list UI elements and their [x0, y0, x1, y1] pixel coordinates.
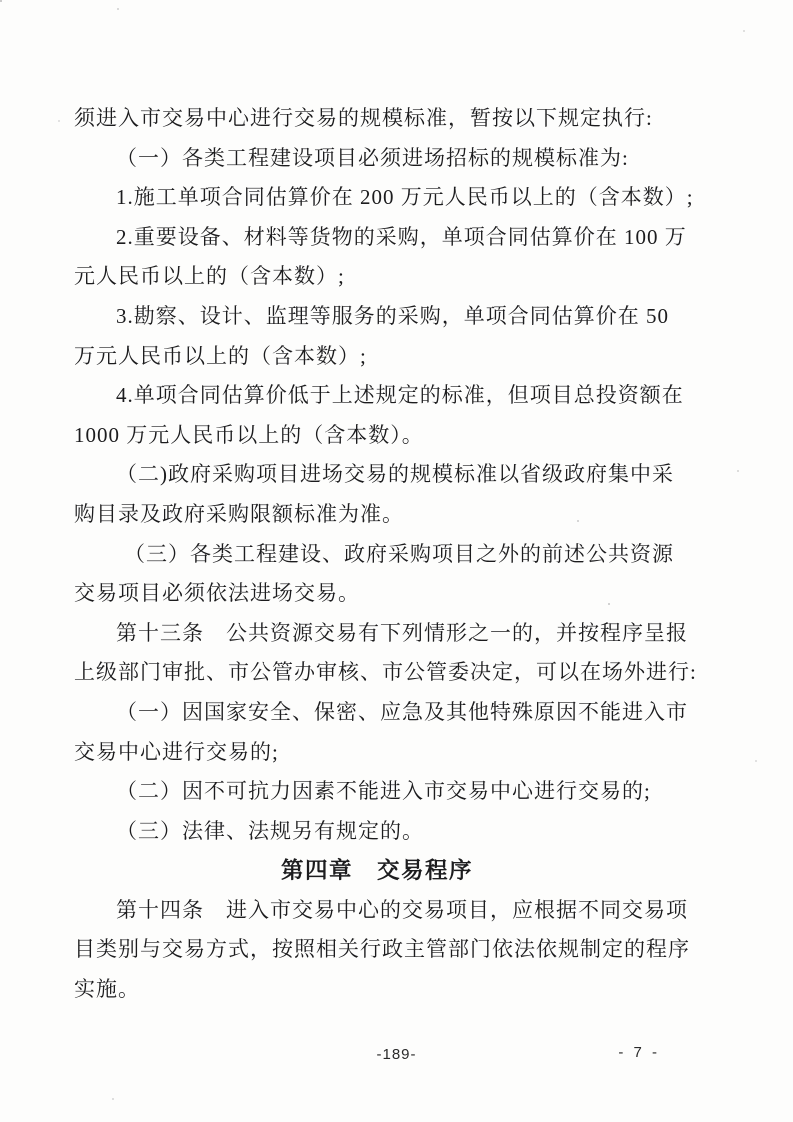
body-line: 上级部门审批、市公管办审核、市公管委决定，可以在场外进行: — [74, 653, 734, 693]
body-line: 1000 万元人民币以上的（含本数）。 — [74, 416, 734, 456]
body-line: 第十三条 公共资源交易有下列情形之一的，并按程序呈报 — [74, 614, 734, 654]
body-line: 购目录及政府采购限额标准为准。 — [74, 495, 734, 535]
body-line: （三）各类工程建设、政府采购项目之外的前述公共资源 — [74, 535, 734, 575]
body-line: 元人民币以上的（含本数）; — [74, 257, 734, 297]
body-line: 3.勘察、设计、监理等服务的采购，单项合同估算价在 50 — [74, 297, 734, 337]
body-line: 须进入市交易中心进行交易的规模标准，暂按以下规定执行: — [74, 99, 734, 139]
body-line: （一）各类工程建设项目必须进场招标的规模标准为: — [74, 139, 734, 179]
footer-page-number-center: -189- — [0, 1046, 793, 1063]
document-body: 须进入市交易中心进行交易的规模标准，暂按以下规定执行: （一）各类工程建设项目必… — [74, 99, 734, 1010]
chapter-heading: 第四章 交易程序 — [47, 851, 707, 891]
body-line: 实施。 — [74, 970, 734, 1010]
body-line: （二)政府采购项目进场交易的规模标准以省级政府集中采 — [74, 455, 734, 495]
body-line: 交易项目必须依法进场交易。 — [74, 574, 734, 614]
body-line: 交易中心进行交易的; — [74, 733, 734, 773]
body-line: 第十四条 进入市交易中心的交易项目，应根据不同交易项 — [74, 891, 734, 931]
body-line: 1.施工单项合同估算价在 200 万元人民币以上的（含本数）; — [74, 178, 734, 218]
body-line: （三）法律、法规另有规定的。 — [74, 812, 734, 852]
body-line: （二）因不可抗力因素不能进入市交易中心进行交易的; — [74, 772, 734, 812]
scanned-document-page: 须进入市交易中心进行交易的规模标准，暂按以下规定执行: （一）各类工程建设项目必… — [0, 0, 793, 1122]
body-line: 万元人民币以上的（含本数）; — [74, 337, 734, 377]
body-line: （一）因国家安全、保密、应急及其他特殊原因不能进入市 — [74, 693, 734, 733]
body-line: 4.单项合同估算价低于上述规定的标准，但项目总投资额在 — [74, 376, 734, 416]
footer-page-number-right: - 7 - — [618, 1044, 660, 1061]
body-line: 目类别与交易方式，按照相关行政主管部门依法依规制定的程序 — [74, 930, 734, 970]
body-line: 2.重要设备、材料等货物的采购，单项合同估算价在 100 万 — [74, 218, 734, 258]
